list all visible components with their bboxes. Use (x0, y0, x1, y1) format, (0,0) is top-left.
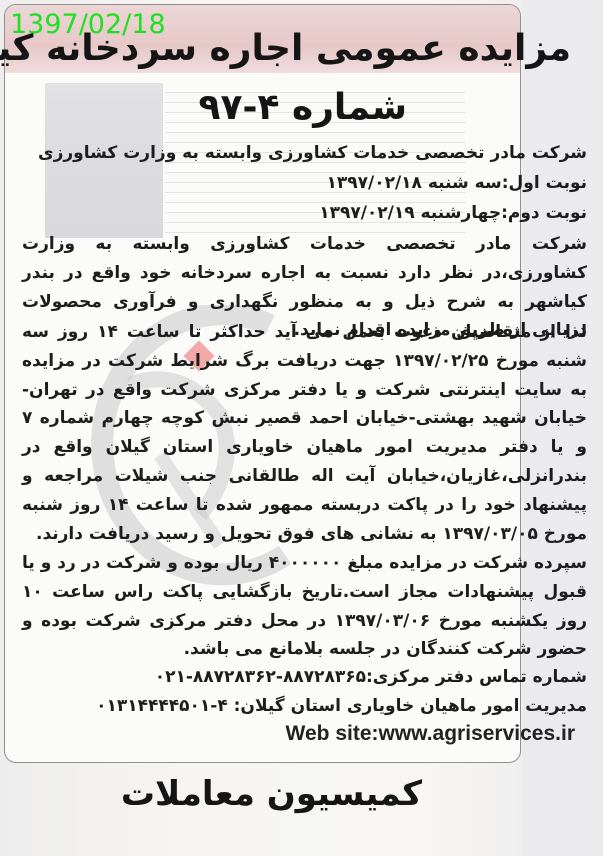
first-round-date: نوبت اول:سه شنبه ۱۳۹۷/۰۲/۱۸ (327, 169, 588, 197)
second-round-date: نوبت دوم:چهارشنبه ۱۳۹۷/۰۲/۱۹ (319, 199, 587, 227)
notice-number: شماره ۴-۹۷ (199, 87, 407, 128)
date-stamp: 1397/02/18 (10, 9, 166, 40)
website-link[interactable]: Web site:www.agriservices.ir (286, 722, 575, 746)
notice-content: مزایده عمومی اجاره سردخانه کیاشهر به شما… (12, 0, 597, 856)
gilan-contact: مدیریت امور ماهیان خاویاری استان گیلان: … (96, 692, 587, 720)
instructions-paragraph: لذا از متقاضیان دعوت بعمل می آید حداکثر … (22, 318, 587, 548)
signature-commission: کمیسیون معاملات (121, 774, 422, 814)
company-name: شرکت مادر تخصصی خدمات کشاورزی وابسته به … (38, 139, 587, 167)
hq-contact: شماره تماس دفتر مرکزی:۸۸۷۲۸۳۶۵-۸۸۷۲۸۳۶۲-… (155, 663, 587, 691)
deposit-paragraph: سپرده شرکت در مزایده مبلغ ۴۰۰۰۰۰۰ ریال ب… (22, 549, 587, 664)
